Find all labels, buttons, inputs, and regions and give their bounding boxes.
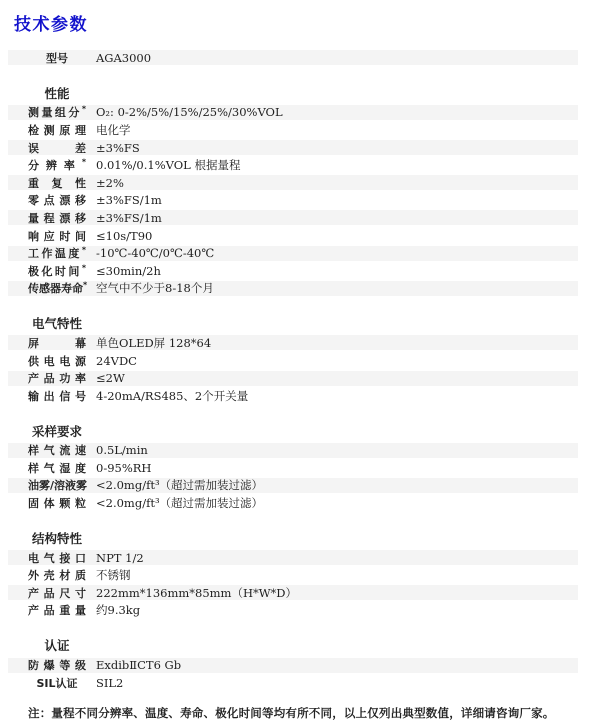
spec-value: 单色OLED屏 128*64 [96,335,211,351]
spec-row: 供电电源24VDC [8,352,578,370]
spec-label: 产品功率 [28,370,86,386]
spec-label: 供电电源 [28,353,86,369]
section-heading: 认证 [28,639,86,652]
footnote-marker: * [82,105,86,114]
spec-value: ±3%FS/1m [96,211,162,225]
spec-label: 固体颗粒 [28,495,86,511]
spec-label: 样气湿度 [28,460,86,476]
spec-row: 分辨率*0.01%/0.1%VOL 根据量程 [8,156,578,174]
spec-label: 极化时间* [28,263,86,279]
spec-label: 工作温度* [28,245,86,261]
spec-row: 传感器寿命*空气中不少于8-18个月 [8,280,578,298]
spec-value: ≤10s/T90 [96,229,152,243]
spec-value: 0-95%RH [96,461,151,475]
footnote-marker: * [82,158,86,167]
spec-value: -10℃-40℃/0℃-40℃ [96,246,214,260]
spec-label: 误差 [28,140,86,156]
spec-row: 样气流速0.5L/min [8,442,578,460]
footnote: 注：量程不同分辨率、温度、寿命、极化时间等均有所不同，以上仅列出典型数值，详细请… [28,705,600,721]
spec-value: 空气中不少于8-18个月 [96,280,214,296]
spec-row: 零点漂移±3%FS/1m [8,192,578,210]
spec-label: 输出信号 [28,388,86,404]
spec-row: 固体颗粒<2.0mg/ft³（超过需加装过滤） [8,494,578,512]
spec-label: 响应时间 [28,228,86,244]
spec-sections: 性能测量组分*O₂: 0-2%/5%/15%/25%/30%VOL检测原理电化学… [0,87,600,692]
spec-value: 不锈钢 [96,567,131,583]
footnote-marker: * [83,281,87,290]
spec-value: NPT 1/2 [96,551,144,565]
spec-row: 误差±3%FS [8,139,578,157]
spec-row: 响应时间≤10s/T90 [8,227,578,245]
spec-value: 222mm*136mm*85mm（H*W*D） [96,585,297,601]
section-heading: 电气特性 [28,317,86,330]
spec-value: <2.0mg/ft³（超过需加装过滤） [96,495,263,511]
spec-section: 电气特性屏幕单色OLED屏 128*64供电电源24VDC产品功率≤2W输出信号… [0,317,600,404]
spec-value: ±2% [96,176,124,190]
spec-value: 0.5L/min [96,443,148,457]
spec-value: O₂: 0-2%/5%/15%/25%/30%VOL [96,105,283,119]
spec-row: 屏幕单色OLED屏 128*64 [8,334,578,352]
spec-row: 工作温度*-10℃-40℃/0℃-40℃ [8,244,578,262]
spec-label: 量程漂移 [28,210,86,226]
spec-value: <2.0mg/ft³（超过需加装过滤） [96,477,263,493]
footnote-marker: * [82,263,86,272]
spec-label: 油雾/溶液雾 [28,477,86,493]
spec-label: 电气接口 [28,550,86,566]
model-value: AGA3000 [96,51,151,65]
spec-label: 传感器寿命* [28,280,86,296]
spec-label: 外壳材质 [28,567,86,583]
spec-value: 电化学 [96,122,131,138]
section-heading: 结构特性 [28,532,86,545]
section-heading: 性能 [28,87,86,100]
spec-sheet-page: 技术参数 型号 AGA3000 性能测量组分*O₂: 0-2%/5%/15%/2… [0,0,600,725]
spec-value: 约9.3kg [96,602,140,618]
spec-label: 防爆等级 [28,657,86,673]
spec-label: 分辨率* [28,157,86,173]
spec-value: ExdibⅡCT6 Gb [96,658,181,672]
spec-row: 样气湿度0-95%RH [8,459,578,477]
model-row: 型号 AGA3000 [8,49,578,67]
spec-value: 0.01%/0.1%VOL 根据量程 [96,157,240,173]
spec-row: 产品重量约9.3kg [8,602,578,620]
spec-label: 零点漂移 [28,192,86,208]
spec-value: ±3%FS/1m [96,193,162,207]
spec-row: 防爆等级ExdibⅡCT6 Gb [8,656,578,674]
spec-label: 样气流速 [28,442,86,458]
spec-label: 测量组分* [28,104,86,120]
spec-row: 测量组分*O₂: 0-2%/5%/15%/25%/30%VOL [8,104,578,122]
spec-label: 产品尺寸 [28,585,86,601]
page-title: 技术参数 [0,0,600,32]
spec-value: ±3%FS [96,141,140,155]
section-heading: 采样要求 [28,425,86,438]
spec-label: SIL认证 [28,675,86,691]
spec-row: 重复性±2% [8,174,578,192]
spec-row: 检测原理电化学 [8,121,578,139]
spec-section: 性能测量组分*O₂: 0-2%/5%/15%/25%/30%VOL检测原理电化学… [0,87,600,298]
spec-section: 认证防爆等级ExdibⅡCT6 GbSIL认证SIL2 [0,639,600,691]
spec-label: 屏幕 [28,335,86,351]
spec-row: 量程漂移±3%FS/1m [8,209,578,227]
spec-value: ≤2W [96,371,125,385]
spec-label: 重复性 [28,175,86,191]
spec-section: 采样要求样气流速0.5L/min样气湿度0-95%RH油雾/溶液雾<2.0mg/… [0,425,600,512]
spec-row: 产品尺寸222mm*136mm*85mm（H*W*D） [8,584,578,602]
spec-section: 结构特性电气接口NPT 1/2外壳材质不锈钢产品尺寸222mm*136mm*85… [0,532,600,619]
spec-value: 24VDC [96,354,137,368]
spec-row: 极化时间*≤30min/2h [8,262,578,280]
spec-row: SIL认证SIL2 [8,674,578,692]
spec-row: 产品功率≤2W [8,369,578,387]
spec-row: 输出信号4-20mA/RS485、2个开关量 [8,387,578,405]
spec-value: ≤30min/2h [96,264,161,278]
footnote-marker: * [82,245,86,254]
spec-value: 4-20mA/RS485、2个开关量 [96,388,248,404]
spec-row: 电气接口NPT 1/2 [8,549,578,567]
spec-label: 检测原理 [28,122,86,138]
spec-value: SIL2 [96,676,123,690]
spec-row: 外壳材质不锈钢 [8,566,578,584]
spec-row: 油雾/溶液雾<2.0mg/ft³（超过需加装过滤） [8,477,578,495]
spec-label: 产品重量 [28,602,86,618]
model-label: 型号 [28,50,86,66]
